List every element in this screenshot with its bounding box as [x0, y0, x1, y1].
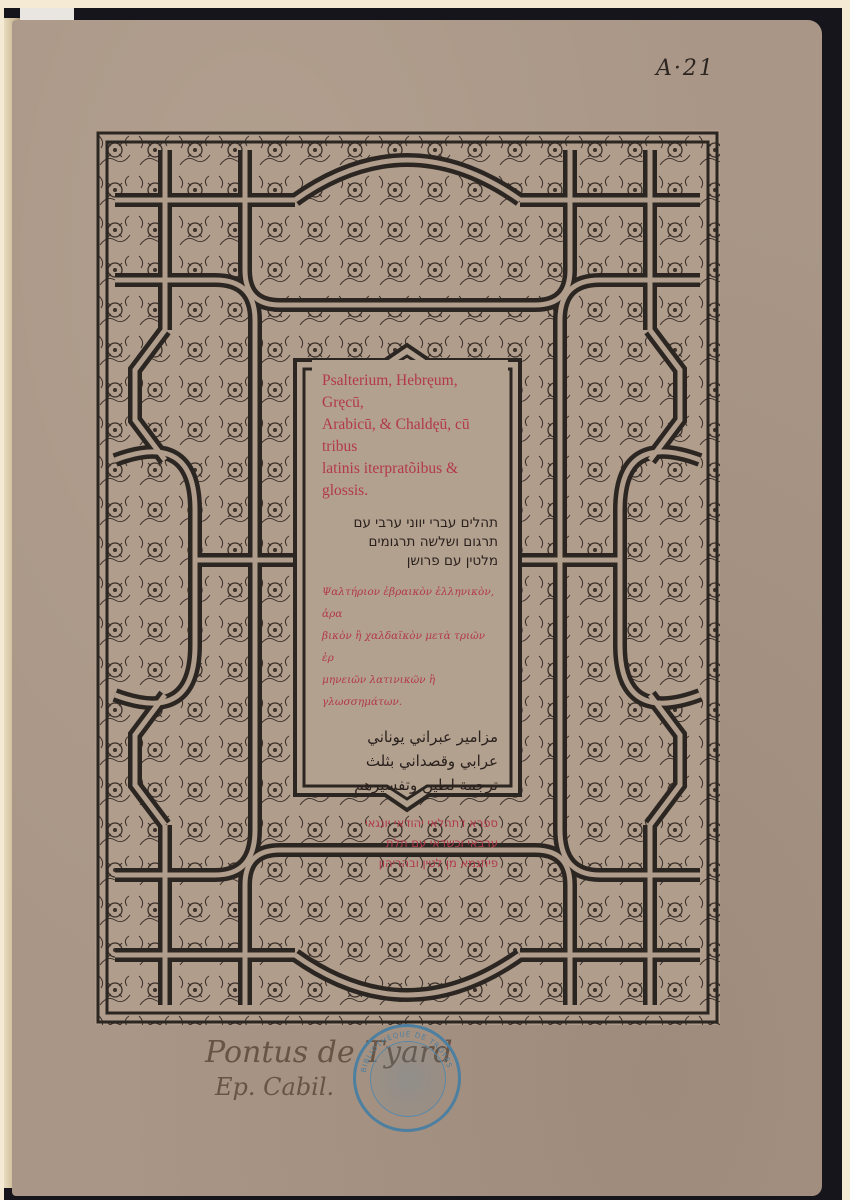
aramaic-line: ערבאי וכשדאי עם תלת	[322, 833, 498, 853]
stamp-text-ring: BIBLIOTHÈQUE DE TROYES	[356, 1027, 458, 1129]
greek-line: βικὸν ἢ χαλδαϊκὸν μετὰ τριῶν ἑρ	[322, 625, 498, 669]
greek-line: μηνειῶν λατινικῶν ἢ γλωσσημάτων.	[322, 669, 498, 713]
latin-line: latinis iterpratõibus & glossis.	[322, 458, 498, 502]
greek-line: Ψαλτήριον ἑβραικὸν ἑλληνικὸν, ἀρα	[322, 581, 498, 625]
aramaic-line: פיתגמא מן לטין ובהריהון	[322, 853, 498, 873]
hebrew-title: תהלים עברי יווני ערבי עם תרגום ושלשה תרג…	[322, 514, 498, 571]
greek-title: Ψαλτήριον ἑβραικὸν ἑλληνικὸν, ἀρα βικὸν …	[322, 581, 498, 713]
aramaic-line: ספרא דתהלאי יהודאי יונגאי	[322, 813, 498, 833]
hebrew-line: תהלים עברי יווני ערבי עם	[322, 514, 498, 533]
arabic-line: مزامير عبراني يوناني	[322, 725, 498, 749]
aramaic-title: ספרא דתהלאי יהודאי יונגאי ערבאי וכשדאי ע…	[322, 813, 498, 873]
library-stamp: BIBLIOTHÈQUE DE TROYES	[353, 1024, 461, 1132]
arabic-line: عرابي وقصداني بثلث	[322, 749, 498, 773]
hebrew-line: תרגום ושלשה תרגומים	[322, 533, 498, 552]
latin-line: Psalterium, Hebręum, Gręcū,	[322, 370, 498, 414]
arabic-title: مزامير عبراني يوناني عرابي وقصداني بثلث …	[322, 725, 498, 797]
shelfmark: A·21	[656, 56, 715, 81]
arabic-line: ترجمة لطين وتفسيرهم	[322, 773, 498, 797]
hebrew-line: מלטין עם פרושן	[322, 552, 498, 571]
svg-text:BIBLIOTHÈQUE DE TROYES: BIBLIOTHÈQUE DE TROYES	[359, 1029, 455, 1073]
latin-title: Psalterium, Hebręum, Gręcū, Arabicū, & C…	[322, 370, 498, 502]
latin-line: Arabicū, & Chaldęū, cū tribus	[322, 414, 498, 458]
title-panel: Psalterium, Hebręum, Gręcū, Arabicū, & C…	[312, 360, 508, 780]
